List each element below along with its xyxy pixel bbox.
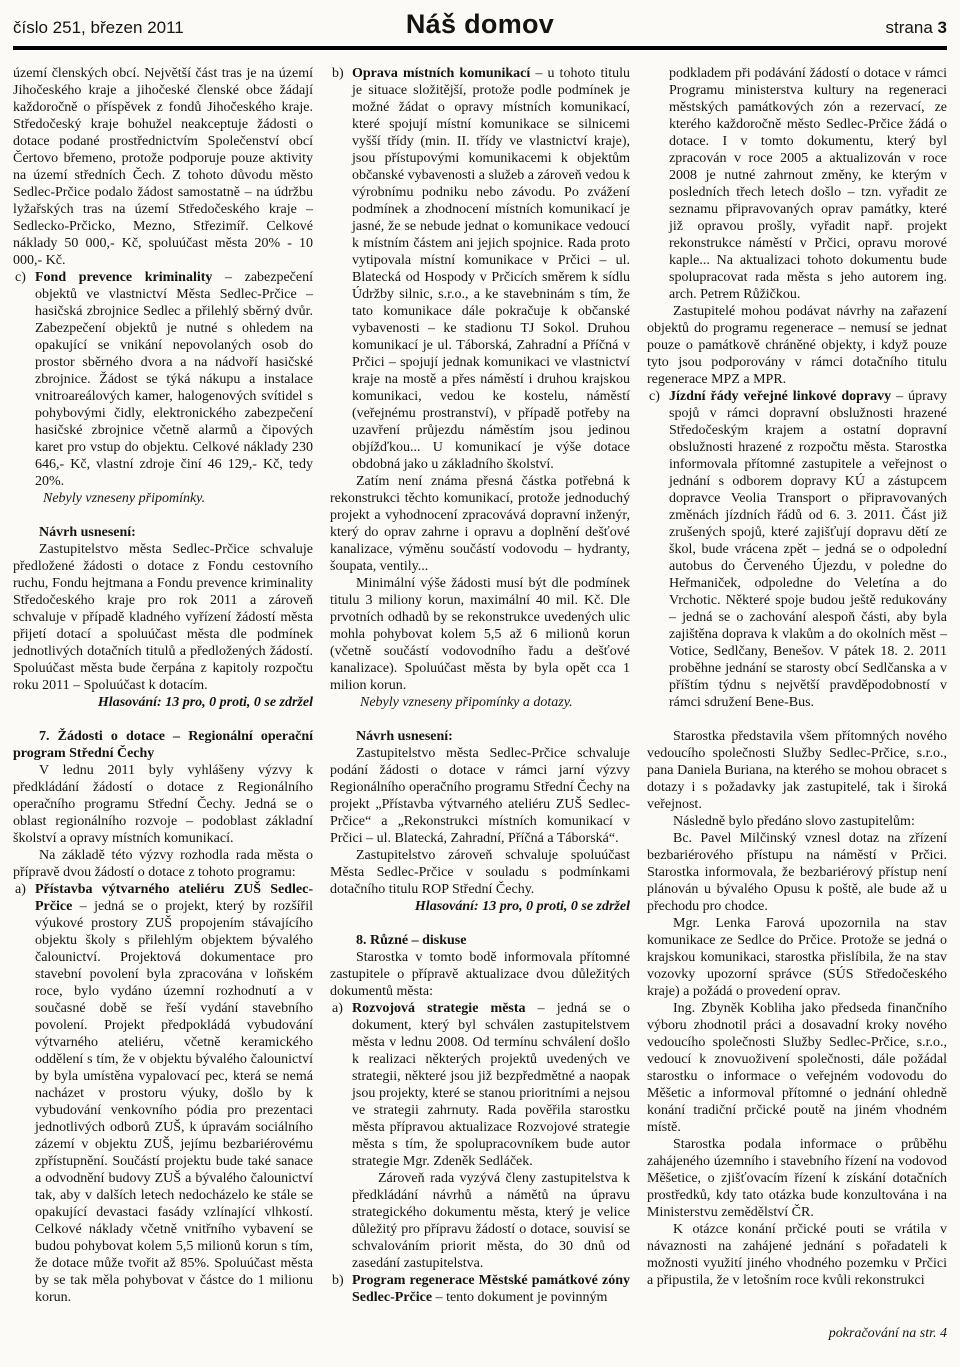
masthead: číslo 251, březen 2011 Náš domov strana … bbox=[13, 9, 947, 40]
list-item-text: – úpravy spojů v rámci dopravní obslužno… bbox=[669, 389, 947, 710]
article-paragraph: Zastupitelstvo zároveň schvaluje spoluúč… bbox=[330, 847, 630, 898]
article-paragraph: Bc. Pavel Milčinský vznesl dotaz na zříz… bbox=[647, 830, 947, 915]
column-1: území členských obcí. Největší část tras… bbox=[13, 65, 313, 1342]
list-item: a)Rozvojová strategie města – jedná se o… bbox=[330, 1000, 630, 1170]
list-item-text: – zabezpečení objektů ve vlastnictví Měs… bbox=[35, 270, 313, 489]
list-item-lead: Fond prevence kriminality bbox=[35, 270, 212, 285]
list-item-label: b) bbox=[332, 65, 344, 82]
article-paragraph: Minimální výše žádosti musí být dle podm… bbox=[330, 575, 630, 694]
article-paragraph: Následně bylo předáno slovo zastupitelům… bbox=[647, 813, 947, 830]
article-paragraph: Zastupitelstvo města Sedlec-Prčice schva… bbox=[330, 745, 630, 847]
list-item-label: a) bbox=[15, 881, 26, 898]
list-item-lead: Jízdní řády veřejné linkové dopravy bbox=[669, 389, 891, 404]
article-paragraph: Na základě této výzvy rozhodla rada měst… bbox=[13, 847, 313, 881]
resolution-subheading: Návrh usnesení: bbox=[330, 728, 630, 745]
resolution-subheading: Návrh usnesení: bbox=[13, 524, 313, 541]
remark-note: Nebyly vzneseny připomínky a dotazy. bbox=[330, 694, 630, 711]
list-item-lead: Rozvojová strategie města bbox=[352, 1001, 526, 1016]
columns: území členských obcí. Největší část tras… bbox=[13, 50, 947, 1342]
section-heading: 8. Různé – diskuse bbox=[330, 932, 630, 949]
article-paragraph: Ing. Zbyněk Kobliha jako předseda finanč… bbox=[647, 1000, 947, 1136]
list-item-text: – tento dokument je povinným bbox=[432, 1290, 607, 1305]
article-paragraph: Mgr. Lenka Farová upozornila na stav kom… bbox=[647, 915, 947, 1000]
page-number: strana 3 bbox=[636, 18, 947, 38]
article-paragraph: V lednu 2011 byly vyhlášeny výzvy k před… bbox=[13, 762, 313, 847]
list-item: a)Přístavba výtvarného ateliéru ZUŠ Sedl… bbox=[13, 881, 313, 1306]
list-item-text: – u tohoto titulu je situace složitější,… bbox=[352, 66, 630, 472]
page-title: Náš domov bbox=[324, 9, 635, 40]
column-3: podkladem při podávání žádostí o dotace … bbox=[647, 65, 947, 1342]
article-paragraph: Zatím není známa přesná částka potřebná … bbox=[330, 473, 630, 575]
list-item: c)Jízdní řády veřejné linkové dopravy – … bbox=[647, 388, 947, 711]
issue-date: číslo 251, březen 2011 bbox=[13, 18, 324, 38]
article-paragraph: Starostka podala informace o průběhu zah… bbox=[647, 1136, 947, 1221]
article-paragraph: podkladem při podávání žádostí o dotace … bbox=[669, 65, 947, 303]
page-number-value: 3 bbox=[938, 18, 947, 37]
newspaper-page: číslo 251, březen 2011 Náš domov strana … bbox=[0, 0, 960, 1342]
vote-result: Hlasování: 13 pro, 0 proti, 0 se zdržel bbox=[330, 898, 630, 915]
article-paragraph: území členských obcí. Největší část tras… bbox=[13, 65, 313, 269]
article-paragraph: Starostka představila všem přítomných no… bbox=[647, 728, 947, 813]
list-item-label: c) bbox=[15, 269, 26, 286]
column-2: b)Oprava místních komunikací – u tohoto … bbox=[330, 65, 630, 1342]
article-paragraph: Starostka v tomto bodě informovala příto… bbox=[330, 949, 630, 1000]
list-item: b)Program regenerace Městské památkové z… bbox=[330, 1272, 630, 1306]
list-item-label: b) bbox=[332, 1272, 344, 1289]
article-paragraph: Zastupitelstvo města Sedlec-Prčice schva… bbox=[13, 541, 313, 694]
vote-result: Hlasování: 13 pro, 0 proti, 0 se zdržel bbox=[13, 694, 313, 711]
list-item-label: a) bbox=[332, 1000, 343, 1017]
list-item-text: – jedná se o dokument, který byl schvále… bbox=[352, 1001, 630, 1169]
article-paragraph: Zastupitelé mohou podávat návrhy na zařa… bbox=[647, 303, 947, 388]
article-paragraph: Zároveň rada vyzývá členy zastupitelstva… bbox=[352, 1170, 630, 1272]
list-item: c)Fond prevence kriminality – zabezpečen… bbox=[13, 269, 313, 490]
page-number-label: strana bbox=[886, 18, 938, 37]
remark-note: Nebyly vzneseny připomínky. bbox=[13, 490, 313, 507]
article-paragraph: K otázce konání prčické pouti se vrátila… bbox=[647, 1221, 947, 1289]
continuation-note: pokračování na str. 4 bbox=[647, 1325, 947, 1342]
list-item-lead: Oprava místních komunikací bbox=[352, 66, 530, 81]
list-item-text: – jedná se o projekt, který by rozšířil … bbox=[35, 899, 313, 1305]
list-item: b)Oprava místních komunikací – u tohoto … bbox=[330, 65, 630, 473]
list-item-label: c) bbox=[649, 388, 660, 405]
section-heading: 7. Žádosti o dotace – Regionální operačn… bbox=[13, 728, 313, 762]
